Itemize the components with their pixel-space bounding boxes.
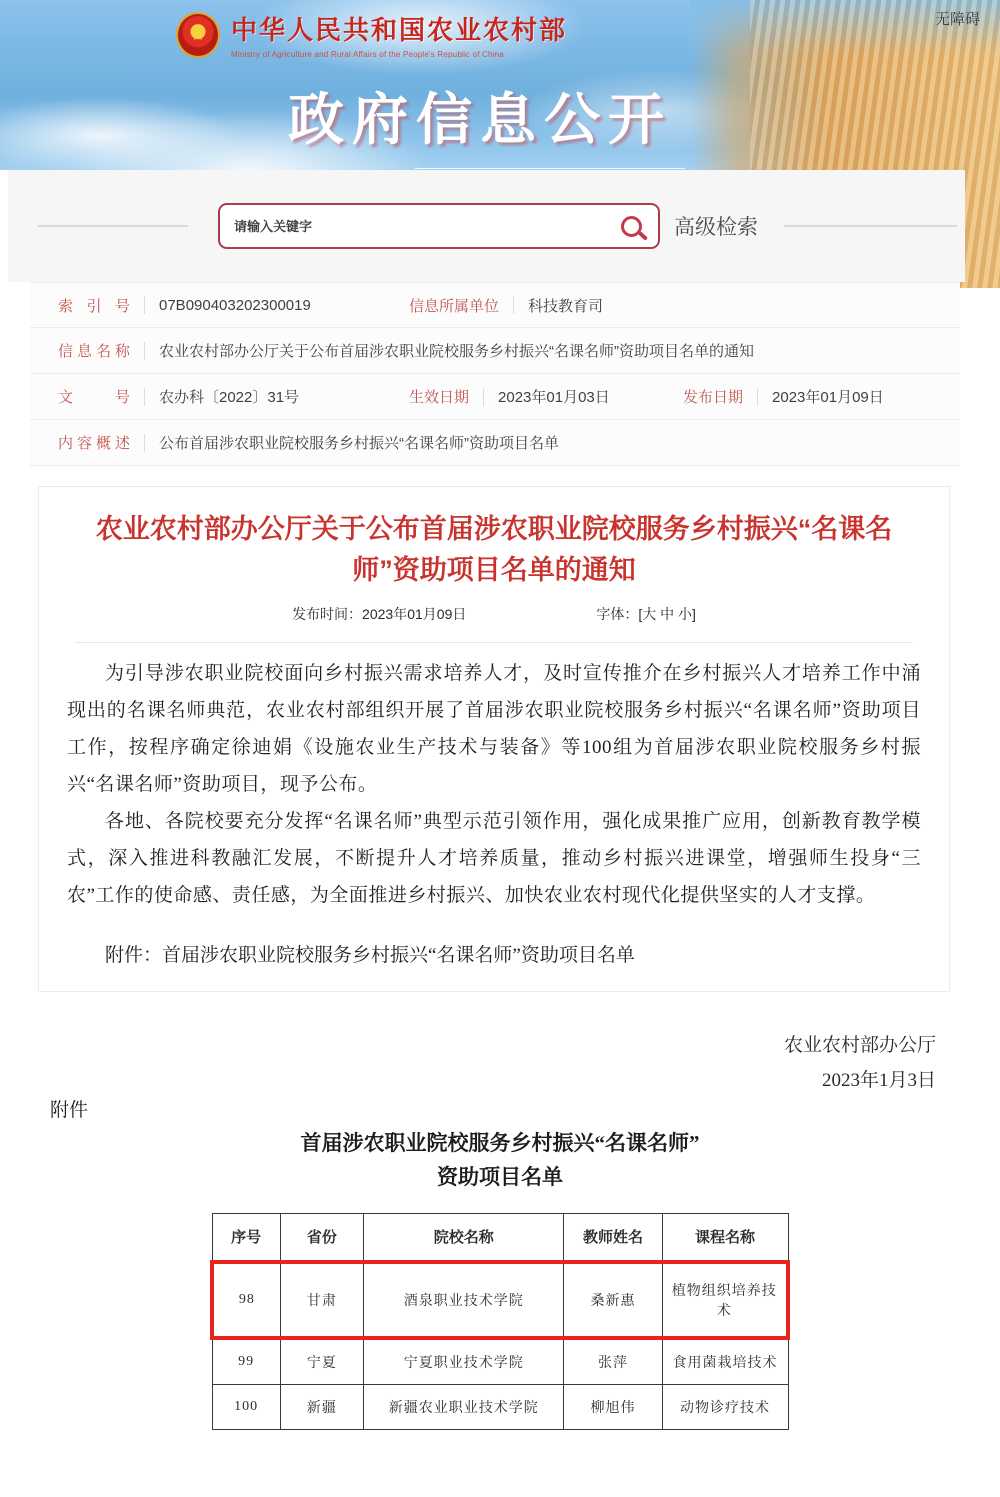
cell-province: 甘肃 (280, 1262, 363, 1338)
search-icon (621, 216, 642, 237)
index-number-label: 索引号 (58, 295, 130, 316)
doc-number-label: 文 号 (58, 386, 130, 407)
cell-serial-no: 98 (212, 1262, 280, 1338)
header-province: 省份 (280, 1214, 363, 1262)
article-container: 农业农村部办公厅关于公布首届涉农职业院校服务乡村振兴“名课名师”资助项目名单的通… (38, 486, 950, 992)
ministry-name-en: Ministry of Agriculture and Rural Affair… (231, 50, 567, 59)
meta-separator (757, 388, 758, 406)
header-school-name: 院校名称 (363, 1214, 564, 1262)
appendix-title-line1: 首届涉农职业院校服务乡村振兴“名课名师” (0, 1127, 1000, 1161)
ministry-name-block: 中华人民共和国农业农村部 Ministry of Agriculture and… (231, 10, 567, 59)
cell-school: 酒泉职业技术学院 (363, 1262, 564, 1338)
meta-separator (144, 434, 145, 452)
header-course-name: 课程名称 (662, 1214, 788, 1262)
signature-org: 农业农村部办公厅 (0, 1028, 936, 1063)
advanced-search-link[interactable]: 高级检索 (674, 211, 758, 241)
cell-teacher: 张萍 (564, 1338, 662, 1385)
cell-serial-no: 100 (212, 1384, 280, 1429)
article-title: 农业农村部办公厅关于公布首届涉农职业院校服务乡村振兴“名课名师”资助项目名单的通… (79, 509, 909, 590)
publish-date-label: 发布日期 (683, 386, 743, 407)
meta-row-docno: 文 号 农办科〔2022〕31号 生效日期 2023年01月03日 发布日期 2… (30, 374, 960, 420)
meta-separator (483, 388, 484, 406)
publish-date-value: 2023年01月09日 (772, 386, 884, 407)
info-name-label: 信息名称 (58, 340, 130, 361)
cell-school: 新疆农业职业技术学院 (363, 1384, 564, 1429)
summary-value: 公布首届涉农职业院校服务乡村振兴“名课名师”资助项目名单 (159, 432, 559, 453)
meta-separator (513, 296, 514, 314)
cell-course: 植物组织培养技术 (662, 1262, 788, 1338)
font-size-control[interactable]: 字体：[大 中 小] (596, 604, 696, 624)
summary-label: 内容概述 (58, 432, 130, 453)
left-divider-line (38, 225, 188, 227)
ministry-logo[interactable]: ★ 中华人民共和国农业农村部 Ministry of Agriculture a… (176, 10, 567, 59)
cell-province: 宁夏 (280, 1338, 363, 1385)
appendix-label: 附件 (50, 1095, 88, 1122)
info-name-value: 农业农村部办公厅关于公布首届涉农职业院校服务乡村振兴“名课名师”资助项目名单的通… (159, 340, 754, 361)
meta-separator (144, 296, 145, 314)
banner-title-block: 政府信息公开 (0, 76, 960, 169)
table-row: 99宁夏宁夏职业技术学院张萍食用菌栽培技术 (212, 1338, 788, 1385)
appendix-title-line2: 资助项目名单 (0, 1161, 1000, 1195)
doc-number-value: 农办科〔2022〕31号 (159, 386, 409, 407)
header-serial-no: 序号 (212, 1214, 280, 1262)
signature-date: 2023年1月3日 (0, 1063, 936, 1098)
meta-row-index: 索引号 07B090403202300019 信息所属单位 科技教育司 (30, 282, 960, 328)
article-paragraph-2: 各地、各院校要充分发挥“名课名师”典型示范引领作用，强化成果推广应用，创新教育教… (67, 803, 921, 914)
ministry-name: 中华人民共和国农业农村部 (231, 10, 567, 47)
page-title: 政府信息公开 (0, 76, 960, 156)
cell-province: 新疆 (280, 1384, 363, 1429)
cell-serial-no: 99 (212, 1338, 280, 1385)
article-meta: 发布时间：2023年01月09日 字体：[大 中 小] (67, 604, 921, 624)
article-publish-time: 发布时间：2023年01月09日 (292, 604, 466, 624)
table-row: 100新疆新疆农业职业技术学院柳旭伟动物诊疗技术 (212, 1384, 788, 1429)
right-divider-line (784, 225, 957, 227)
department-label: 信息所属单位 (409, 295, 499, 316)
article-paragraph-1: 为引导涉农职业院校面向乡村振兴需求培养人才，及时宣传推介在乡村振兴人才培养工作中… (67, 655, 921, 803)
cell-teacher: 柳旭伟 (564, 1384, 662, 1429)
index-number-value: 07B090403202300019 (159, 297, 409, 314)
article-divider (75, 642, 913, 643)
document-metadata: 索引号 07B090403202300019 信息所属单位 科技教育司 信息名称… (30, 282, 960, 466)
cell-course: 食用菌栽培技术 (662, 1338, 788, 1385)
meta-separator (144, 388, 145, 406)
appendix-title: 首届涉农职业院校服务乡村振兴“名课名师” 资助项目名单 (0, 1127, 1000, 1194)
cell-teacher: 桑新惠 (564, 1262, 662, 1338)
banner-title-underline (415, 168, 685, 169)
effective-date-label: 生效日期 (409, 386, 469, 407)
effective-date-value: 2023年01月03日 (498, 386, 683, 407)
attachment-reference-line: 附件：首届涉农职业院校服务乡村振兴“名课名师”资助项目名单 (67, 940, 921, 967)
meta-separator (144, 342, 145, 360)
cell-school: 宁夏职业技术学院 (363, 1338, 564, 1385)
header-teacher-name: 教师姓名 (564, 1214, 662, 1262)
article-body: 为引导涉农职业院校面向乡村振兴需求培养人才，及时宣传推介在乡村振兴人才培养工作中… (67, 655, 921, 914)
cell-course: 动物诊疗技术 (662, 1384, 788, 1429)
table-row-highlighted: 98甘肃酒泉职业技术学院桑新惠植物组织培养技术 (212, 1262, 788, 1338)
search-section: 高级检索 (8, 170, 965, 282)
table-header-row: 序号 省份 院校名称 教师姓名 课程名称 (212, 1214, 788, 1262)
search-button[interactable] (615, 216, 658, 237)
meta-row-name: 信息名称 农业农村部办公厅关于公布首届涉农职业院校服务乡村振兴“名课名师”资助项… (30, 328, 960, 374)
accessibility-link[interactable]: 无障碍 (935, 8, 980, 29)
appendix-table: 序号 省份 院校名称 教师姓名 课程名称 98甘肃酒泉职业技术学院桑新惠植物组织… (210, 1213, 790, 1430)
department-value: 科技教育司 (528, 295, 603, 316)
meta-row-summary: 内容概述 公布首届涉农职业院校服务乡村振兴“名课名师”资助项目名单 (30, 420, 960, 466)
signature-block: 农业农村部办公厅 2023年1月3日 (0, 1028, 1000, 1098)
attachment-table-body: 98甘肃酒泉职业技术学院桑新惠植物组织培养技术99宁夏宁夏职业技术学院张萍食用菌… (212, 1262, 788, 1430)
national-emblem-icon: ★ (176, 12, 220, 58)
search-box[interactable] (218, 203, 660, 249)
search-input[interactable] (220, 219, 615, 234)
